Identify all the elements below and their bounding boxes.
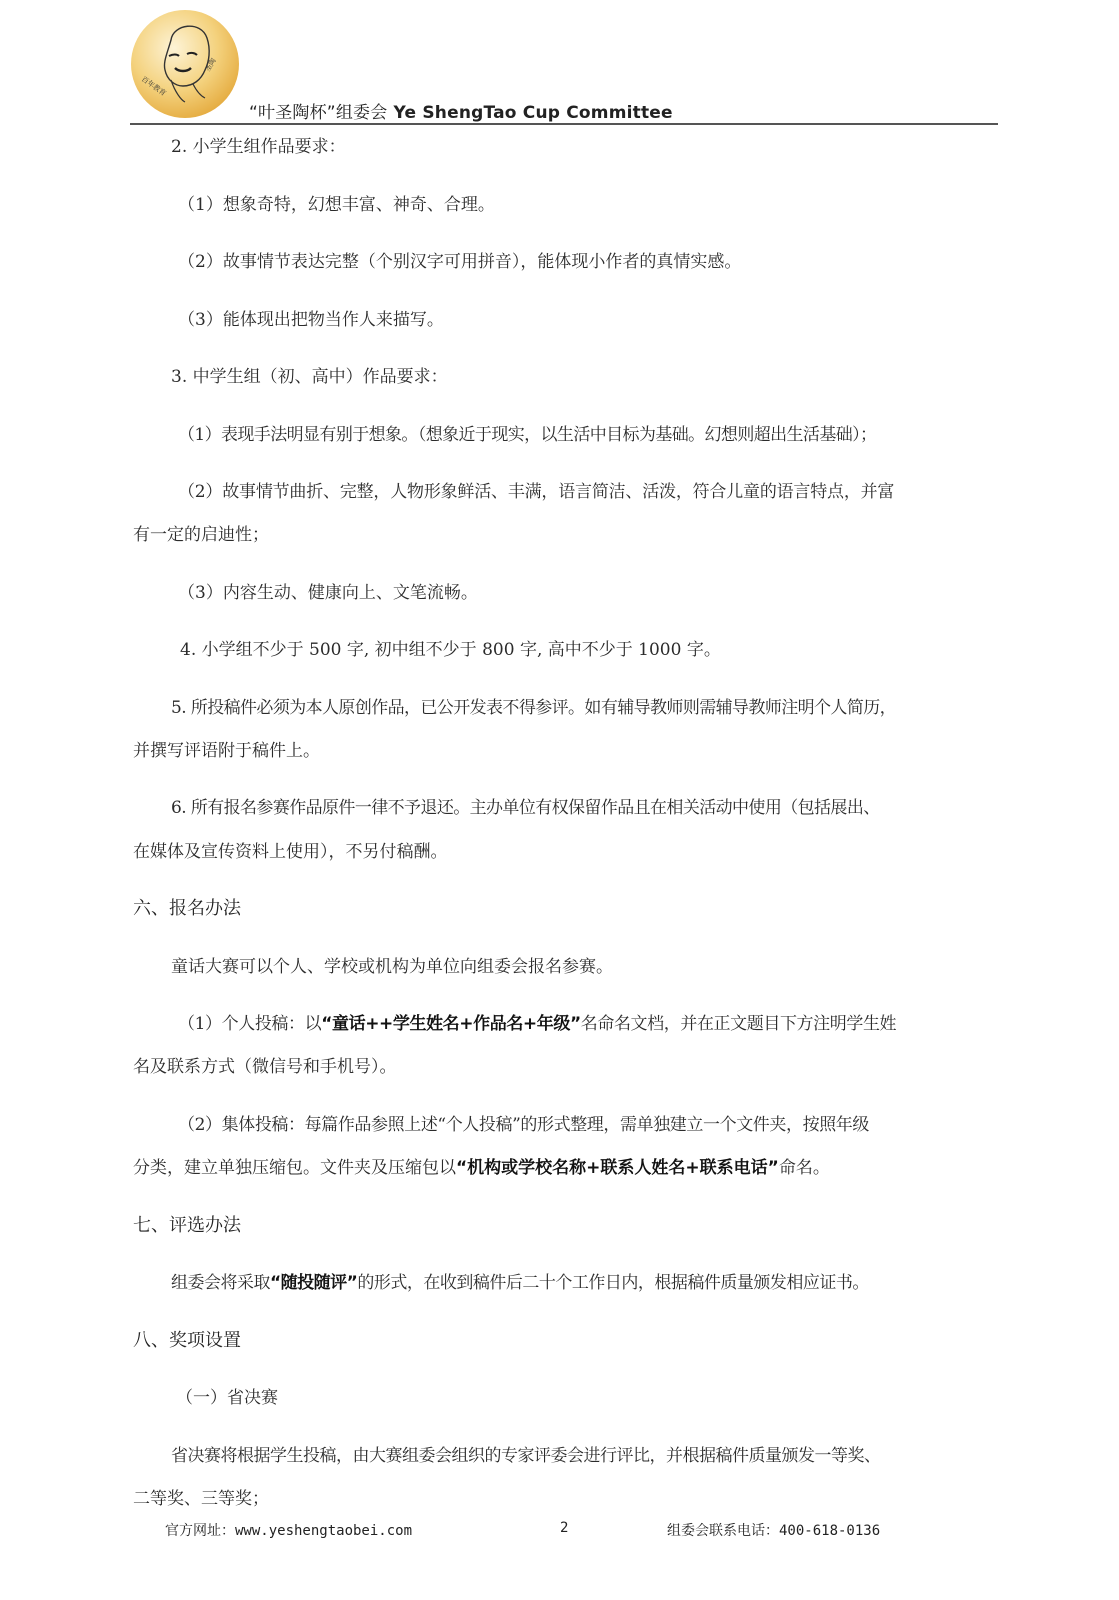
awards-text-continuation: 二等奖、三等奖； [133,1488,269,1510]
list-item: （2）故事情节表达完整（个别汉字可用拼音），能体现小作者的真情实感。 [178,251,741,273]
bold-text: “机构或学校名称+联系人姓名+联系电话” [456,1158,779,1178]
section-title-primary: 2. 小学生组作品要求： [171,136,346,158]
bold-text: “随投随评” [270,1273,357,1293]
text: 名命名文档，并在正文题目下方注明学生姓 [581,1014,896,1034]
registration-individual-continuation: 名及联系方式（微信号和手机号）。 [133,1056,397,1078]
evaluation-text: 组委会将采取“随投随评”的形式，在收到稿件后二十个工作日内，根据稿件质量颁发相应… [171,1272,869,1294]
header-divider [130,123,998,125]
bold-text: “童话++学生姓名+作品名+年级” [321,1014,581,1034]
heading-evaluation: 七、评选办法 [133,1215,241,1237]
text: （1）个人投稿：以 [178,1014,321,1034]
awards-subheading: （一）省决赛 [176,1387,278,1409]
header-title-cn: “叶圣陶杯”组委会 [249,103,387,123]
list-item: （1）想象奇特，幻想丰富、神奇、合理。 [178,194,495,216]
rule-5-continuation: 并撰写评语附于稿件上。 [133,740,320,762]
list-item: （2）故事情节曲折、完整，人物形象鲜活、丰满，语言简洁、活泼，符合儿童的语言特点… [178,481,894,503]
heading-awards: 八、奖项设置 [133,1330,241,1352]
header-title-en: Ye ShengTao Cup Committee [394,103,673,123]
list-item: （3）内容生动、健康向上、文笔流畅。 [178,582,478,604]
registration-individual: （1）个人投稿：以“童话++学生姓名+作品名+年级”名命名文档，并在正文题目下方… [178,1013,896,1035]
rule-4: 4. 小学组不少于 500 字, 初中组不少于 800 字, 高中不少于 100… [180,639,721,661]
footer-phone: 组委会联系电话：400-618-0136 [667,1520,880,1540]
text: 的形式，在收到稿件后二十个工作日内，根据稿件质量颁发相应证书。 [357,1273,869,1293]
svg-text:圣陶: 圣陶 [203,56,218,73]
list-item: （3）能体现出把物当作人来描写。 [178,309,444,331]
portrait-logo-icon: 百年教育 圣陶 [131,10,239,118]
list-item-continuation: 有一定的启迪性； [133,524,269,546]
text: 组委会将采取 [171,1273,270,1293]
footer-website: 官方网址：www.yeshengtaobei.com [165,1520,412,1540]
rule-5: 5. 所投稿件必须为本人原创作品，已公开发表不得参评。如有辅导教师则需辅导教师注… [171,697,896,719]
text: 命名。 [779,1158,830,1178]
registration-group-continuation: 分类，建立单独压缩包。文件夹及压缩包以“机构或学校名称+联系人姓名+联系电话”命… [133,1157,830,1179]
registration-group: （2）集体投稿：每篇作品参照上述“个人投稿”的形式整理，需单独建立一个文件夹，按… [178,1114,869,1136]
awards-text: 省决赛将根据学生投稿，由大赛组委会组织的专家评委会进行评比，并根据稿件质量颁发一… [171,1445,881,1467]
registration-intro: 童话大赛可以个人、学校或机构为单位向组委会报名参赛。 [171,956,613,978]
header-title: “叶圣陶杯”组委会 Ye ShengTao Cup Committee [249,98,673,123]
rule-6: 6. 所有报名参赛作品原件一律不予退还。主办单位有权保留作品且在相关活动中使用（… [171,797,880,819]
heading-registration: 六、报名办法 [133,898,241,920]
svg-text:百年教育: 百年教育 [140,74,168,97]
list-item: （1）表现手法明显有别于想象。（想象近于现实，以生活中目标为基础。幻想则超出生活… [178,424,876,446]
document-page: 百年教育 圣陶 “叶圣陶杯”组委会 Ye ShengTao Cup Commit… [0,0,1119,1600]
rule-6-continuation: 在媒体及宣传资料上使用），不另付稿酬。 [133,841,448,863]
footer-page-number: 2 [560,1520,568,1536]
section-title-secondary: 3. 中学生组（初、高中）作品要求： [171,366,448,388]
text: 分类，建立单独压缩包。文件夹及压缩包以 [133,1158,456,1178]
